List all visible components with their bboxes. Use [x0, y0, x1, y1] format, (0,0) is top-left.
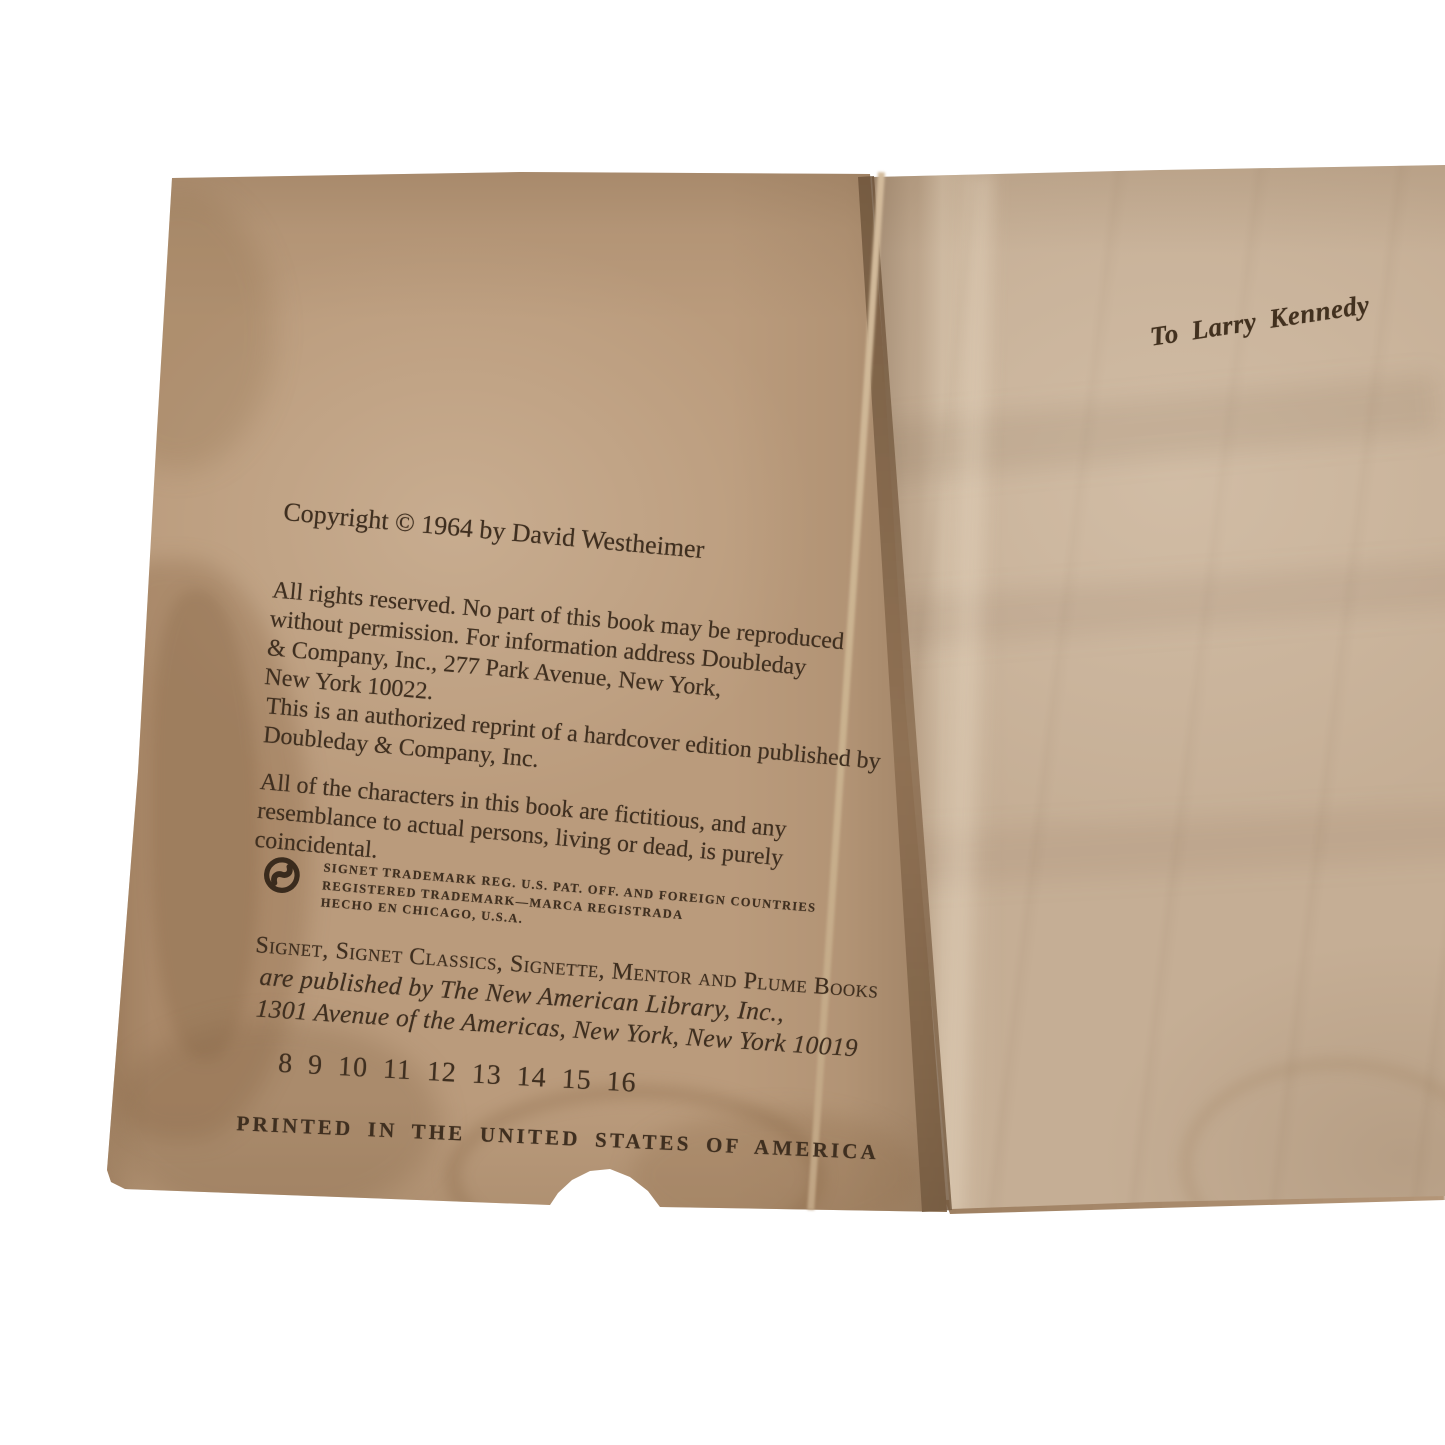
water-stain-ring	[446, 1085, 824, 1268]
fold-highlight	[939, 173, 994, 1218]
water-stain	[84, 190, 274, 470]
book-photo: Copyright © 1964 by David Westheimer All…	[0, 0, 1445, 1445]
water-stain-ring	[1180, 1058, 1445, 1272]
signet-colophon-icon	[259, 852, 304, 897]
